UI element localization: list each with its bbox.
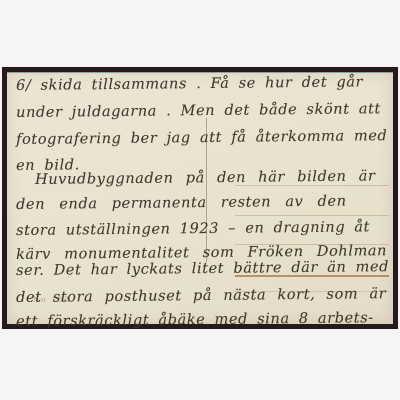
postcard-paper: No 132 6/ skida tillsammans . Få se hur … — [7, 72, 393, 324]
handwriting-line: stora utställningen 1923 – en dragning å… — [16, 219, 370, 239]
printed-address-line — [235, 215, 389, 216]
handwriting-line: fotografering ber jag att få återkomma m… — [16, 128, 387, 148]
photo-background: No 132 6/ skida tillsammans . Få se hur … — [0, 0, 400, 400]
handwriting-line: under juldagarna . Men det både skönt at… — [16, 101, 381, 121]
postcard-photo: No 132 6/ skida tillsammans . Få se hur … — [2, 67, 398, 329]
handwriting-line: ett förskräckligt åbäke med sina 8 arbet… — [16, 310, 374, 330]
handwriting-line: den enda permanenta resten av den — [16, 194, 347, 213]
handwriting-line: 6/ skida tillsammans . Få se hur det går — [16, 74, 363, 94]
handwriting-line: det stora posthuset på nästa kort, som ä… — [16, 286, 386, 306]
